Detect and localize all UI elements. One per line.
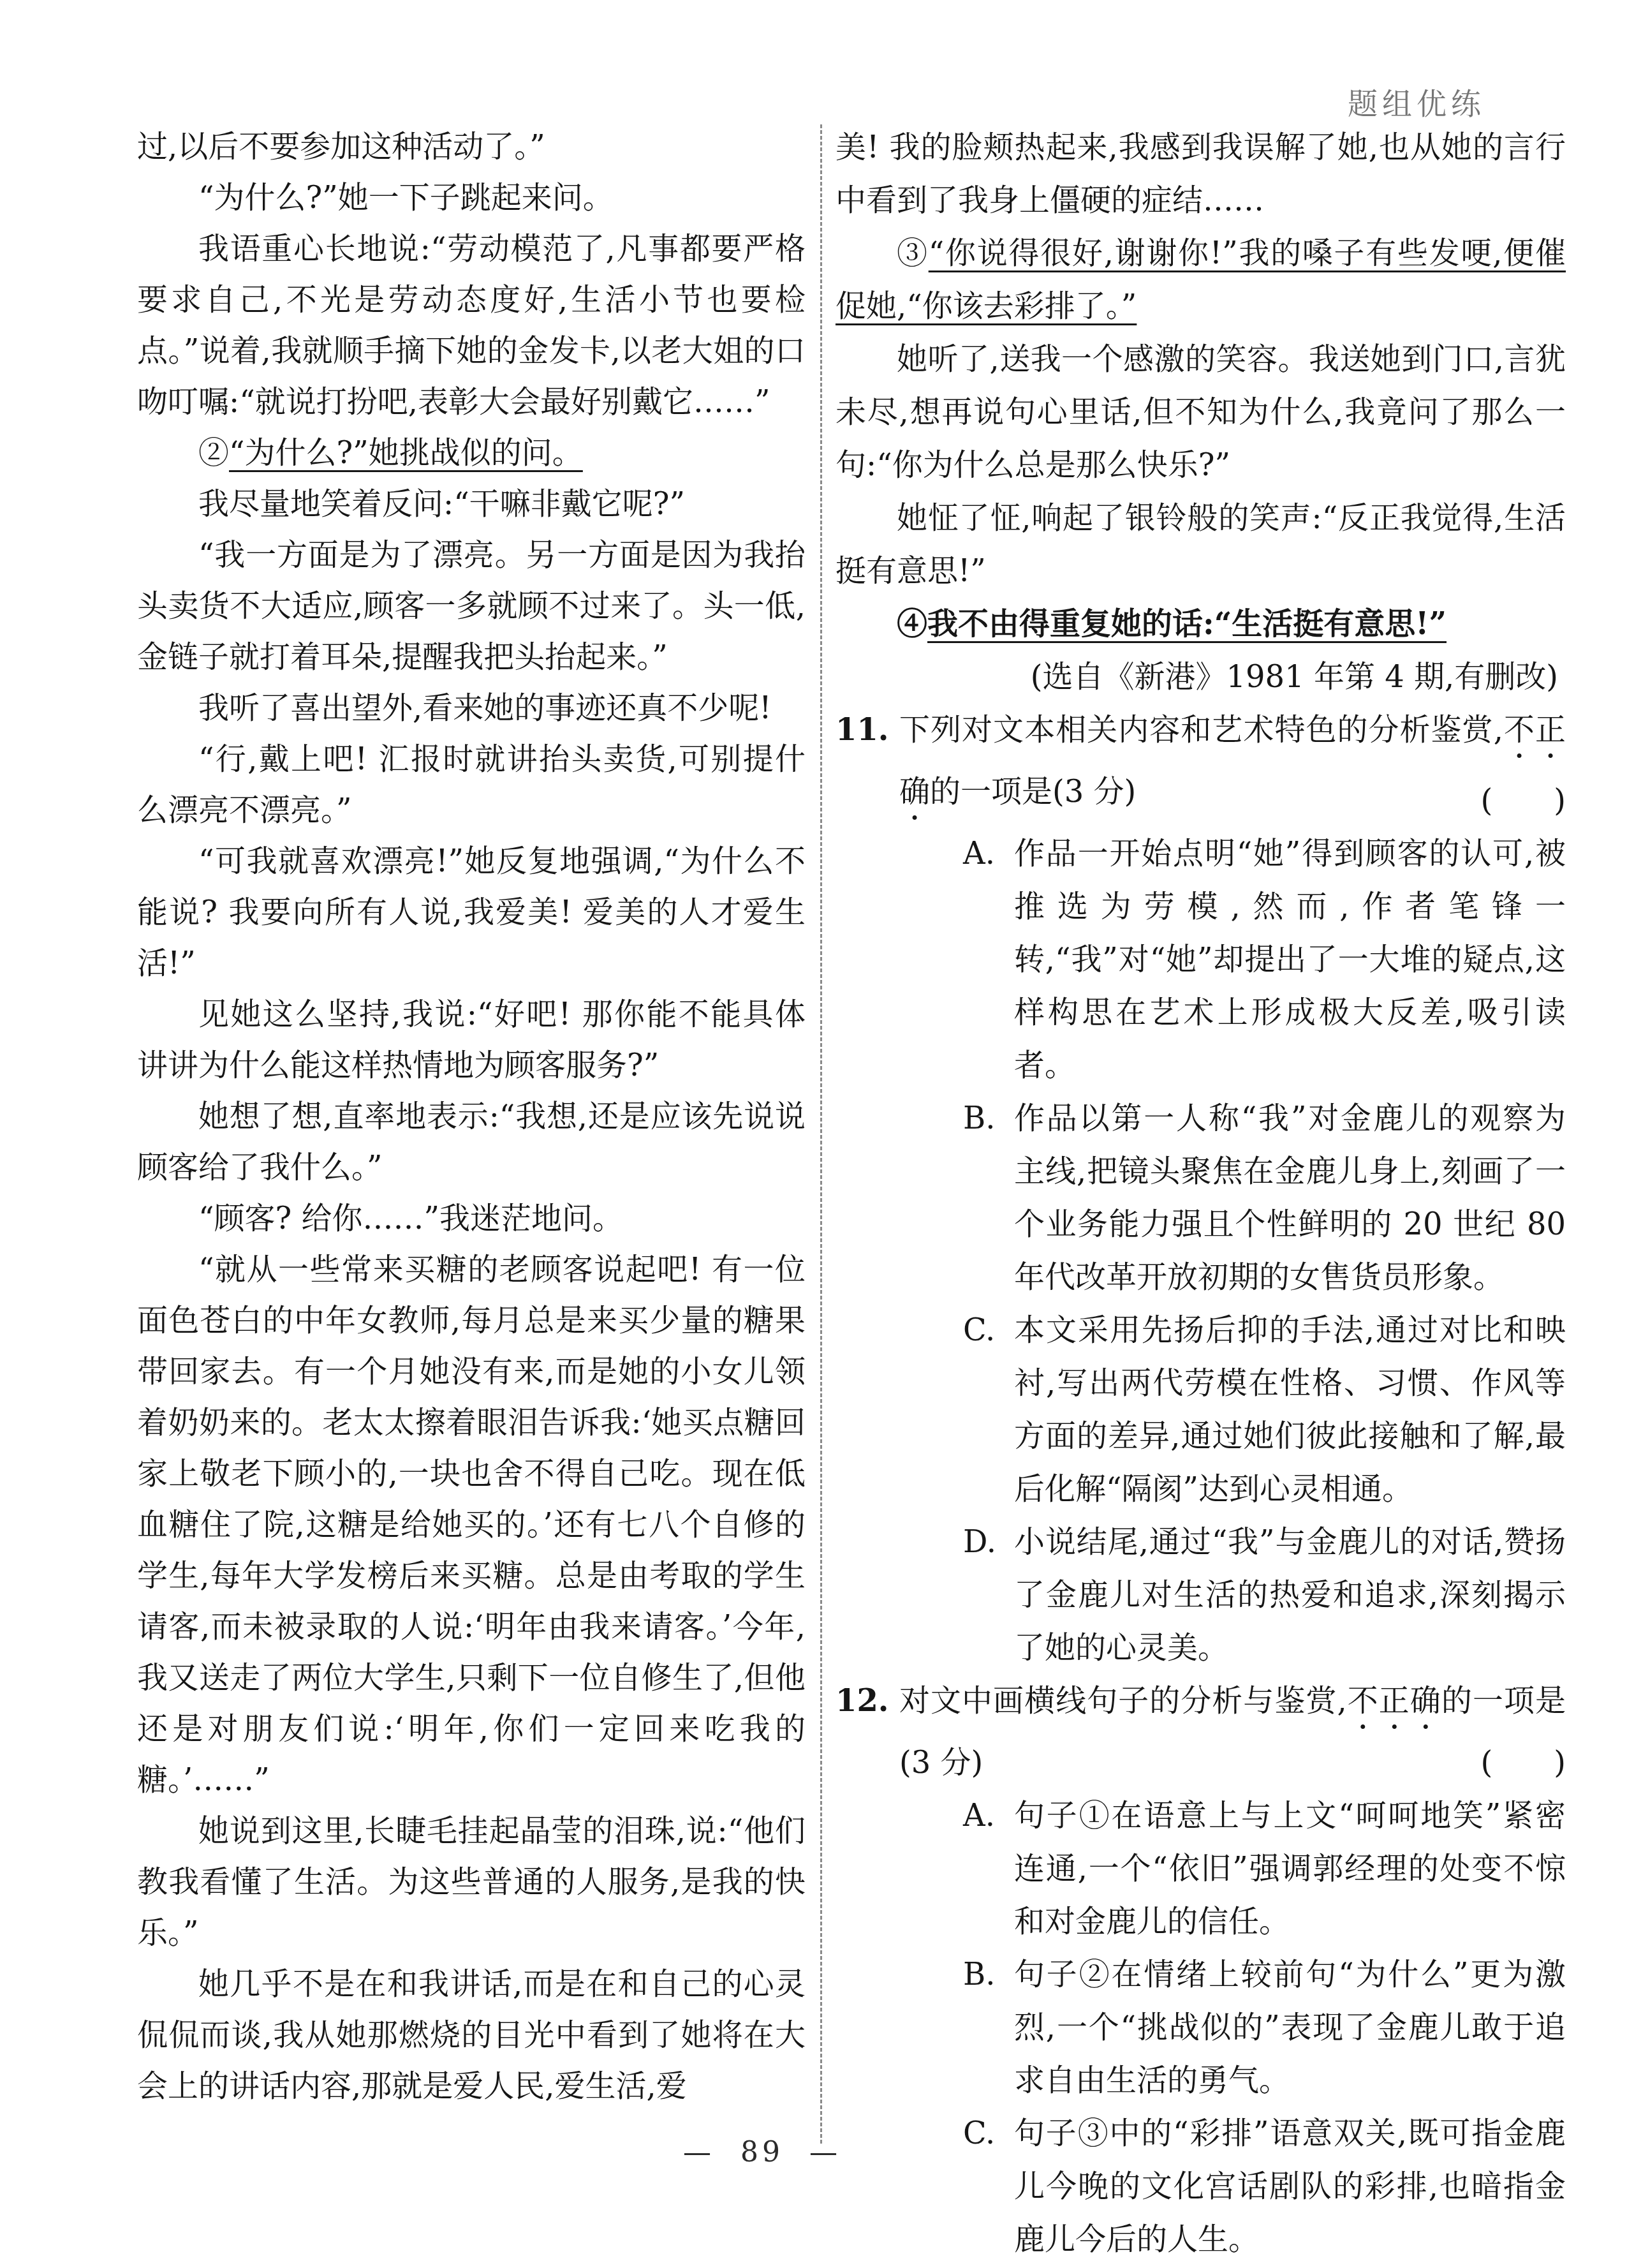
page-number: — 89 — xyxy=(683,2136,841,2168)
paragraph: 我语重心长地说:“劳动模范了,凡事都要严格要求自己,不光是劳动态度好,生活小节也… xyxy=(137,223,806,427)
option-12-b: B. 句子②在情绪上较前句“为什么”更为激烈,一个“挑战似的”表现了金鹿儿敢于追… xyxy=(899,1948,1566,2107)
option-label: B. xyxy=(963,1948,996,2001)
option-11-c: C. 本文采用先扬后抑的手法,通过对比和映衬,写出两代劳模在性格、习惯、作风等方… xyxy=(899,1304,1566,1516)
option-text: 作品以第一人称“我”对金鹿儿的观察为主线,把镜头聚焦在金鹿儿身上,刻画了一个业务… xyxy=(1014,1101,1566,1295)
page-header: 题组优练 xyxy=(1348,80,1485,123)
right-column: 美! 我的脸颊热起来,我感到我误解了她,也从她的言行中看到了我身上僵硬的症结……… xyxy=(836,121,1566,2266)
paragraph: 美! 我的脸颊热起来,我感到我误解了她,也从她的言行中看到了我身上僵硬的症结…… xyxy=(836,121,1566,227)
workbook-page: 题组优练 过,以后不要参加这种活动了。” “为什么?”她一下子跳起来问。 我语重… xyxy=(0,0,1627,2268)
paragraph: 见她这么坚持,我说:“好吧! 那你能不能具体讲讲为什么能这样热情地为顾客服务?” xyxy=(137,989,806,1091)
paragraph: “可我就喜欢漂亮!”她反复地强调,“为什么不能说? 我要向所有人说,我爱美! 爱… xyxy=(137,836,806,989)
option-text: 本文采用先扬后抑的手法,通过对比和映衬,写出两代劳模在性格、习惯、作风等方面的差… xyxy=(1014,1312,1566,1507)
option-text: 作品一开始点明“她”得到顾客的认可,被推选为劳模,然而,作者笔锋一转,“我”对“… xyxy=(1014,836,1566,1083)
paragraph: 她怔了怔,响起了银铃般的笑声:“反正我觉得,生活挺有意思!” xyxy=(836,492,1566,598)
option-11-d: D. 小说结尾,通过“我”与金鹿儿的对话,赞扬了金鹿儿对生活的热爱和追求,深刻揭… xyxy=(899,1516,1566,1675)
underlined-sentence-3: ③“你说得很好,谢谢你!”我的嗓子有些发哽,便催促她,“你该去彩排了。” xyxy=(836,227,1566,333)
option-text: 句子②在情绪上较前句“为什么”更为激烈,一个“挑战似的”表现了金鹿儿敢于追求自由… xyxy=(1014,1957,1566,2098)
question-number: 12. xyxy=(836,1675,889,1728)
option-text: 句子①在语意上与上文“呵呵地笑”紧密连通,一个“依旧”强调郭经理的处变不惊和对金… xyxy=(1014,1798,1566,1939)
underlined-sentence-2: ②“为什么?”她挑战似的问。 xyxy=(137,427,806,478)
source-attribution: (选自《新港》1981 年第 4 期,有删改) xyxy=(836,651,1566,704)
paragraph: 她说到这里,长睫毛挂起晶莹的泪珠,说:“他们教我看懂了生活。为这些普通的人服务,… xyxy=(137,1805,806,1959)
left-column: 过,以后不要参加这种活动了。” “为什么?”她一下子跳起来问。 我语重心长地说:… xyxy=(137,121,806,2112)
question-stem: 下列对文本相关内容和艺术特色的分析鉴赏,不正确的一项是(3 分) ( ) xyxy=(899,704,1566,827)
underlined-sentence-4: ④我不由得重复她的话:“生活挺有意思!” xyxy=(836,598,1566,651)
paragraph: 她几乎不是在和我讲话,而是在和自己的心灵侃侃而谈,我从她那燃烧的目光中看到了她将… xyxy=(137,1959,806,2112)
option-label: C. xyxy=(963,2107,995,2160)
answer-bracket: ( ) xyxy=(1481,1737,1566,1790)
paragraph: 她想了想,直率地表示:“我想,还是应该先说说顾客给了我什么。” xyxy=(137,1091,806,1193)
option-12-c: C. 句子③中的“彩排”语意双关,既可指金鹿儿今晚的文化宫话剧队的彩排,也暗指金… xyxy=(899,2107,1566,2266)
question-stem: 对文中画横线句子的分析与鉴赏,不正确的一项是(3 分) ( ) xyxy=(899,1675,1566,1790)
question-stem-text: 对文中画横线句子的分析与鉴赏,不正确的一项是(3 分) xyxy=(899,1683,1566,1781)
option-label: A. xyxy=(963,827,995,880)
option-label: C. xyxy=(963,1304,995,1357)
paragraph: “为什么?”她一下子跳起来问。 xyxy=(137,172,806,223)
paragraph: “我一方面是为了漂亮。另一方面是因为我抬头卖货不大适应,顾客一多就顾不过来了。头… xyxy=(137,530,806,683)
option-text: 小说结尾,通过“我”与金鹿儿的对话,赞扬了金鹿儿对生活的热爱和追求,深刻揭示了她… xyxy=(1014,1524,1566,1666)
question-11: 11. 下列对文本相关内容和艺术特色的分析鉴赏,不正确的一项是(3 分) ( )… xyxy=(836,704,1566,1675)
question-stem-text: 下列对文本相关内容和艺术特色的分析鉴赏,不正确的一项是(3 分) xyxy=(899,712,1566,810)
paragraph: “行,戴上吧! 汇报时就讲抬头卖货,可别提什么漂亮不漂亮。” xyxy=(137,734,806,836)
answer-bracket: ( ) xyxy=(1481,775,1566,827)
option-12-a: A. 句子①在语意上与上文“呵呵地笑”紧密连通,一个“依旧”强调郭经理的处变不惊… xyxy=(899,1790,1566,1948)
paragraph: “就从一些常来买糖的老顾客说起吧! 有一位面色苍白的中年女教师,每月总是来买少量… xyxy=(137,1244,806,1805)
paragraph: 我听了喜出望外,看来她的事迹还真不少呢! xyxy=(137,683,806,734)
paragraph: 我尽量地笑着反问:“干嘛非戴它呢?” xyxy=(137,478,806,530)
option-label: D. xyxy=(963,1516,996,1569)
question-number: 11. xyxy=(836,704,889,757)
column-divider xyxy=(820,124,822,2144)
paragraph: “顾客? 给你……”我迷茫地问。 xyxy=(137,1193,806,1244)
option-label: A. xyxy=(963,1790,995,1842)
option-label: B. xyxy=(963,1092,996,1145)
paragraph: 她听了,送我一个感激的笑容。我送她到门口,言犹未尽,想再说句心里话,但不知为什么… xyxy=(836,333,1566,492)
question-12: 12. 对文中画横线句子的分析与鉴赏,不正确的一项是(3 分) ( ) A. 句… xyxy=(836,1675,1566,2266)
paragraph: 过,以后不要参加这种活动了。” xyxy=(137,121,806,172)
option-text: 句子③中的“彩排”语意双关,既可指金鹿儿今晚的文化宫话剧队的彩排,也暗指金鹿儿今… xyxy=(1014,2116,1566,2257)
option-11-b: B. 作品以第一人称“我”对金鹿儿的观察为主线,把镜头聚焦在金鹿儿身上,刻画了一… xyxy=(899,1092,1566,1304)
option-11-a: A. 作品一开始点明“她”得到顾客的认可,被推选为劳模,然而,作者笔锋一转,“我… xyxy=(899,827,1566,1092)
